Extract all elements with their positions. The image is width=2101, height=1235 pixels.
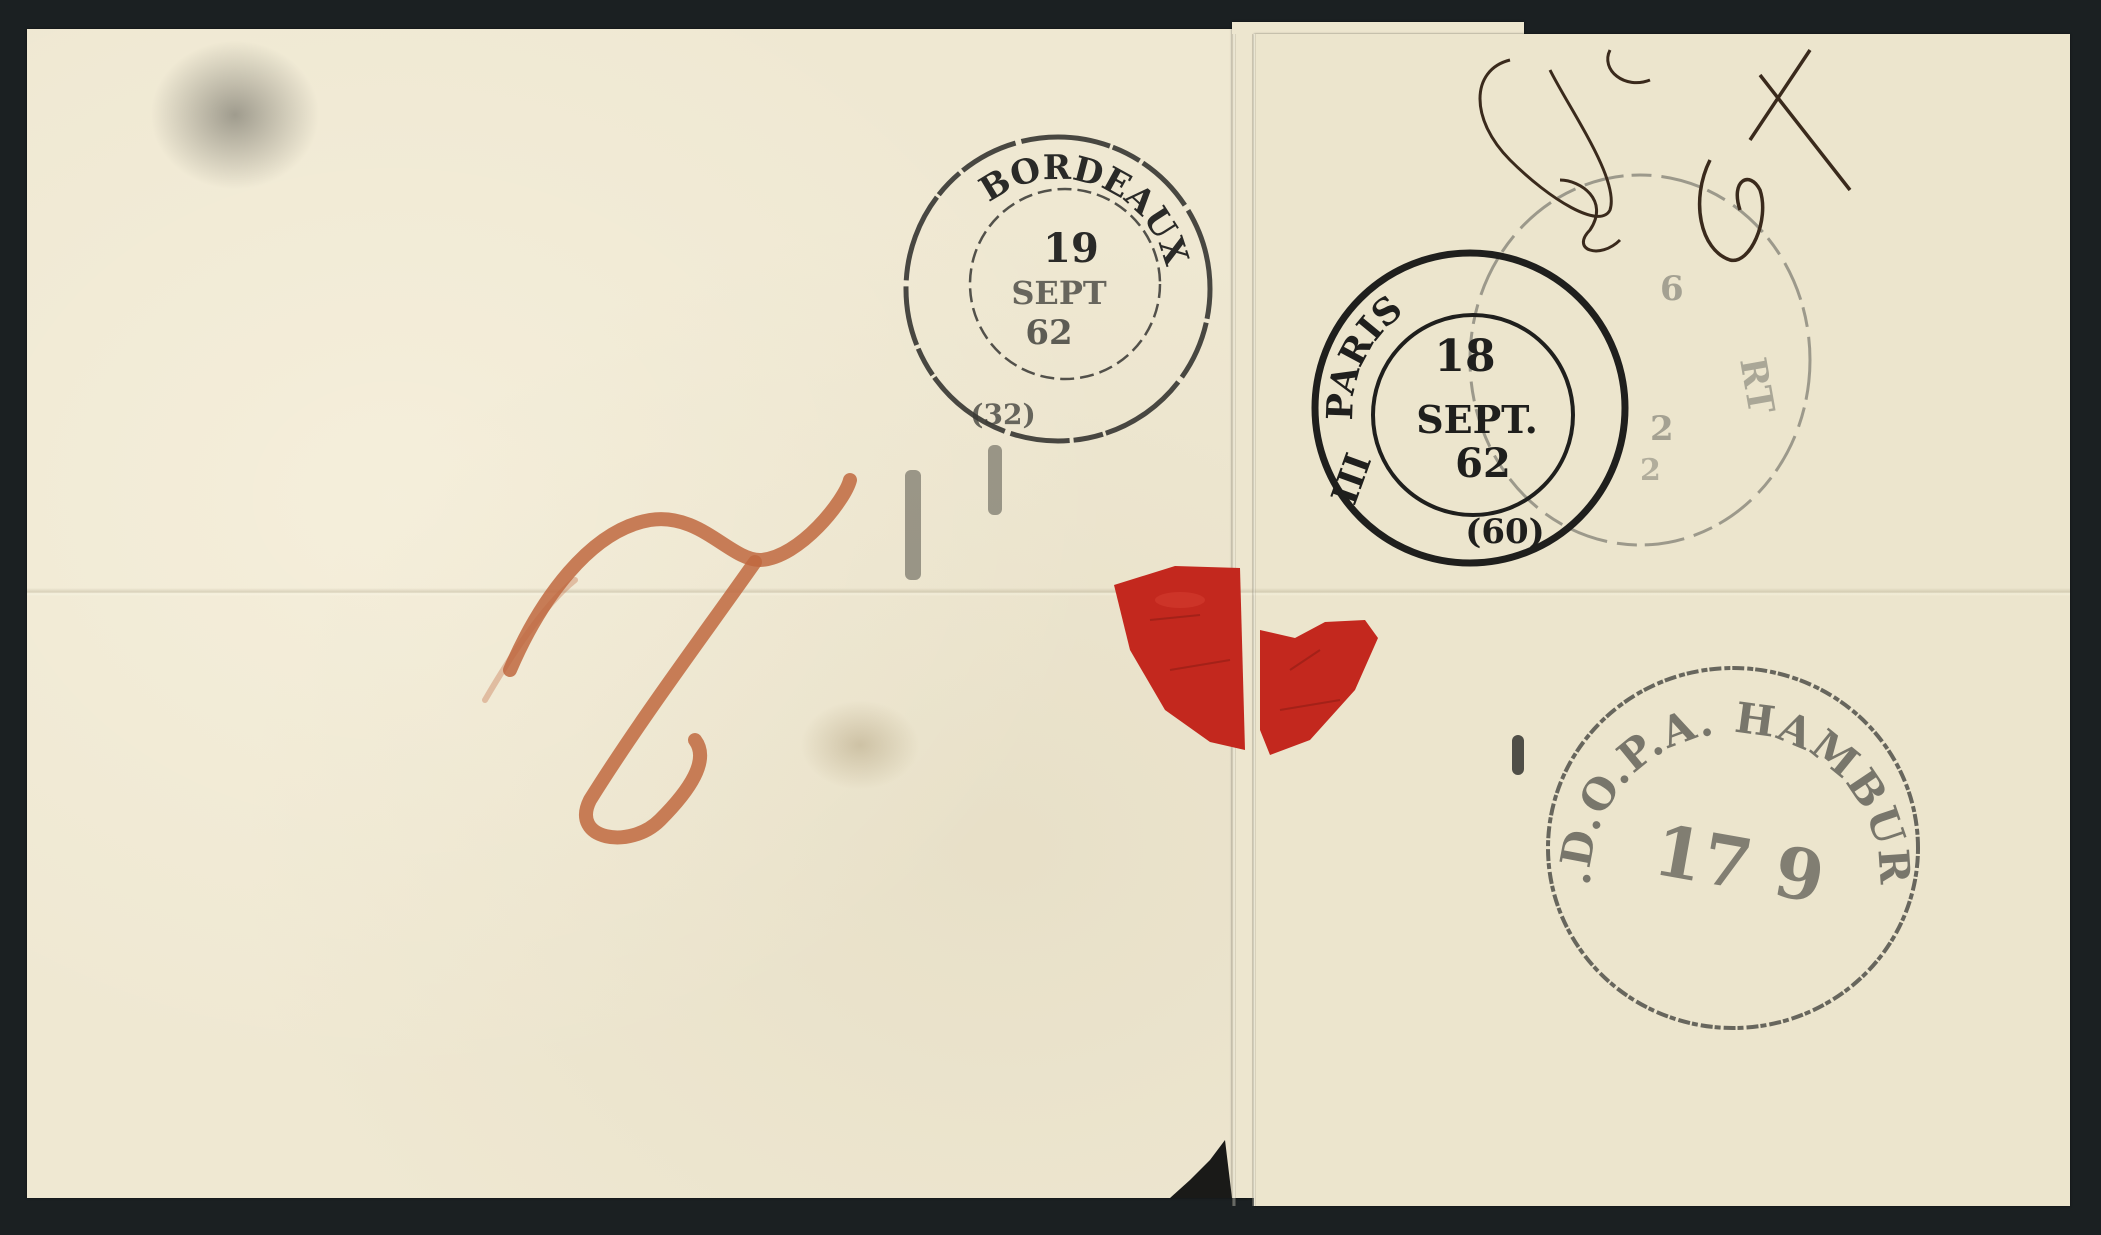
bordeaux-postmark: BORDEAUX 19 SEPT 62 (32) bbox=[893, 124, 1223, 454]
letter-photo-scene: BORDEAUX 19 SEPT 62 (32) 6 2 2 RT PARIS bbox=[0, 0, 2101, 1235]
hamburg-postmark: K.D.O.P.A. HAMBURG 17 9 bbox=[1535, 648, 1935, 1038]
paper-tear-shadow bbox=[1170, 1140, 1240, 1204]
paris-department: (60) bbox=[1465, 512, 1545, 552]
faint-fragment-2a: 2 bbox=[1650, 409, 1674, 449]
hamburg-date: 17 9 bbox=[1648, 808, 1830, 919]
bordeaux-year: 62 bbox=[1025, 313, 1072, 353]
ink-smudge bbox=[150, 40, 320, 190]
bordeaux-day: 19 bbox=[1043, 225, 1099, 272]
faint-fragment-2b: 2 bbox=[1640, 453, 1661, 488]
red-wax-seal bbox=[1110, 560, 1390, 764]
ink-streak bbox=[988, 445, 1002, 515]
faint-fragment-rt: RT bbox=[1731, 354, 1782, 417]
ink-streak bbox=[905, 470, 921, 580]
paris-side-mark: III bbox=[1323, 448, 1380, 510]
bordeaux-department: (32) bbox=[970, 398, 1035, 431]
red-crayon-rate-mark: 7 bbox=[480, 440, 880, 864]
bordeaux-month: SEPT bbox=[1011, 274, 1107, 312]
paris-year: 62 bbox=[1455, 440, 1511, 487]
manuscript-annotation: 2a Copia bbox=[1450, 30, 1870, 294]
manuscript-line-2: Copia bbox=[1450, 30, 1453, 31]
paris-day: 18 bbox=[1434, 331, 1495, 382]
paris-month: SEPT. bbox=[1416, 397, 1538, 442]
horizontal-fold-crease bbox=[27, 588, 2070, 596]
rate-mark-value: 7 bbox=[480, 440, 481, 441]
ink-blot bbox=[1512, 735, 1524, 775]
